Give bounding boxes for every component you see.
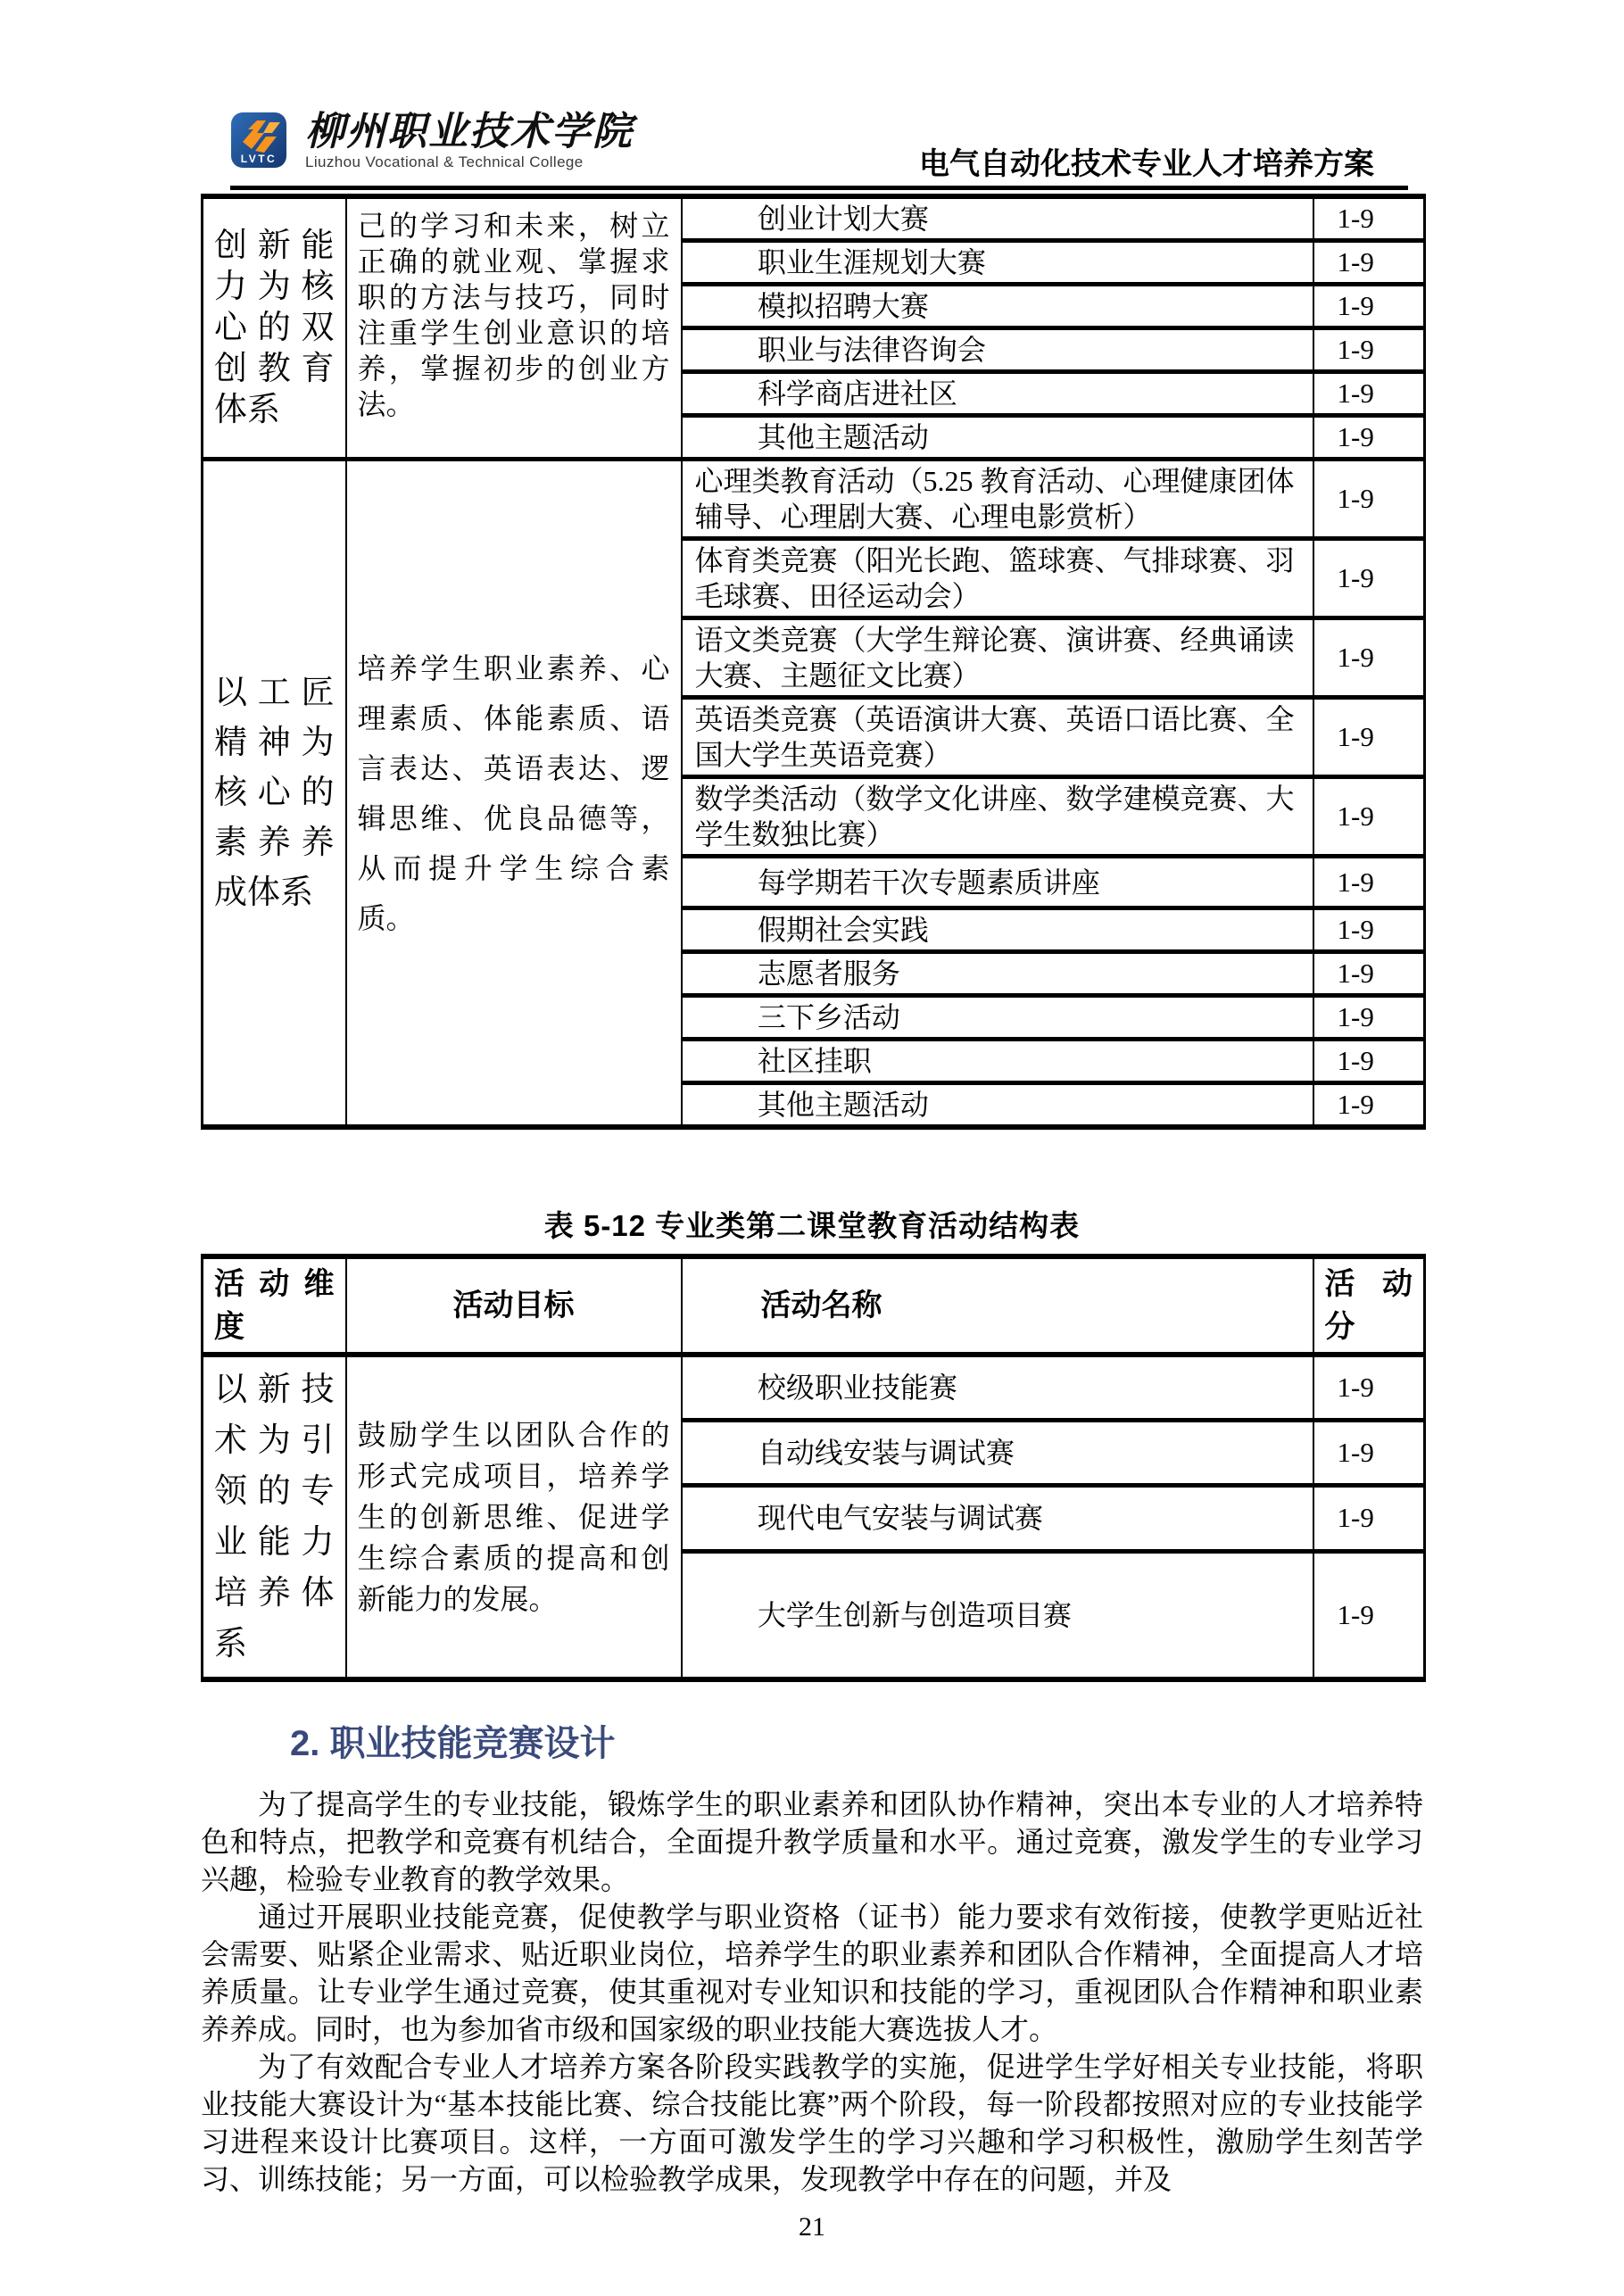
college-names: 柳州职业技术学院 Liuzhou Vocational & Technical … [305,112,634,171]
activity-name-cell: 志愿者服务 [682,952,1313,996]
activity-name-cell: 三下乡活动 [682,996,1313,1040]
activity-score-cell: 1-9 [1313,996,1425,1040]
section-heading: 2. 职业技能竞赛设计 [290,1723,1423,1764]
second-classroom-activity-table: 创新能力为核心的双创教育体系 己的学习和未来，树立正确的就业观、掌握求职的方法与… [201,194,1426,1130]
college-brand: LVTC 柳州职业技术学院 Liuzhou Vocational & Techn… [230,112,634,171]
dimension-cell: 以工匠精神为核心的素养养成体系 [203,460,346,1128]
logo-abbr-text: LVTC [241,153,277,165]
activity-score-cell: 1-9 [1313,908,1425,952]
table-header-row: 活动维度 活动目标 活动名称 活动分 [203,1256,1425,1355]
activity-name-cell: 现代电气安装与调试赛 [682,1485,1313,1551]
activity-score-cell: 1-9 [1313,952,1425,996]
activity-name-cell: 英语类竞赛（英语演讲大赛、英语口语比赛、全国大学生英语竞赛） [682,698,1313,777]
activity-score-cell: 1-9 [1313,372,1425,416]
goal-cell: 己的学习和未来，树立正确的就业观、掌握求职的方法与技巧，同时注重学生创业意识的培… [346,196,682,460]
activity-score-cell: 1-9 [1313,1420,1425,1485]
activity-score-cell: 1-9 [1313,1485,1425,1551]
activity-name-cell: 其他主题活动 [682,1083,1313,1128]
college-name-en: Liuzhou Vocational & Technical College [305,153,634,171]
header-activity-dimension: 活动维度 [203,1256,346,1355]
table-row: 创新能力为核心的双创教育体系 己的学习和未来，树立正确的就业观、掌握求职的方法与… [203,196,1425,241]
table-row: 以工匠精神为核心的素养养成体系 培养学生职业素养、心理素质、体能素质、语言表达、… [203,460,1425,539]
goal-cell: 培养学生职业素养、心理素质、体能素质、语言表达、英语表达、逻辑思维、优良品德等，… [346,460,682,1128]
document-page: LVTC 柳州职业技术学院 Liuzhou Vocational & Techn… [0,0,1624,2296]
activity-name-cell: 每学期若干次专题素质讲座 [682,857,1313,908]
activity-score-cell: 1-9 [1313,698,1425,777]
activity-name-cell: 自动线安装与调试赛 [682,1420,1313,1485]
activity-name-cell: 创业计划大赛 [682,196,1313,241]
activity-name-cell: 体育类竞赛（阳光长跑、篮球赛、气排球赛、羽毛球赛、田径运动会） [682,539,1313,618]
activity-name-cell: 其他主题活动 [682,416,1313,460]
header-activity-goal: 活动目标 [346,1256,682,1355]
college-name-cn: 柳州职业技术学院 [305,112,634,153]
activity-score-cell: 1-9 [1313,460,1425,539]
activity-name-cell: 语文类竞赛（大学生辩论赛、演讲赛、经典诵读大赛、主题征文比赛） [682,618,1313,698]
page-number: 21 [201,2212,1423,2242]
activity-score-cell: 1-9 [1313,618,1425,698]
activity-name-cell: 大学生创新与创造项目赛 [682,1551,1313,1679]
major-second-classroom-activity-table: 活动维度 活动目标 活动名称 活动分 以新技术为引领的专业能力培养体系 鼓励学生… [201,1254,1426,1682]
activity-name-cell: 模拟招聘大赛 [682,285,1313,328]
activity-score-cell: 1-9 [1313,1083,1425,1128]
activity-score-cell: 1-9 [1313,777,1425,857]
activity-name-cell: 校级职业技能赛 [682,1355,1313,1420]
header-activity-name: 活动名称 [682,1256,1313,1355]
activity-score-cell: 1-9 [1313,328,1425,372]
page-header: LVTC 柳州职业技术学院 Liuzhou Vocational & Techn… [201,112,1423,171]
activity-score-cell: 1-9 [1313,857,1425,908]
college-logo-icon: LVTC [230,112,287,169]
paragraph: 通过开展职业技能竞赛，促使教学与职业资格（证书）能力要求有效衔接，使教学更贴近社… [201,1898,1423,2048]
activity-score-cell: 1-9 [1313,241,1425,285]
dimension-cell: 创新能力为核心的双创教育体系 [203,196,346,460]
activity-name-cell: 数学类活动（数学文化讲座、数学建模竞赛、大学生数独比赛） [682,777,1313,857]
activity-name-cell: 心理类教育活动（5.25 教育活动、心理健康团体辅导、心理剧大赛、心理电影赏析） [682,460,1313,539]
activity-score-cell: 1-9 [1313,285,1425,328]
activity-score-cell: 1-9 [1313,1355,1425,1420]
table-row: 以新技术为引领的专业能力培养体系 鼓励学生以团队合作的形式完成项目，培养学生的创… [203,1355,1425,1420]
activity-score-cell: 1-9 [1313,539,1425,618]
activity-name-cell: 社区挂职 [682,1040,1313,1083]
activity-name-cell: 假期社会实践 [682,908,1313,952]
header-activity-score: 活动分 [1313,1256,1425,1355]
activity-score-cell: 1-9 [1313,1551,1425,1679]
activity-name-cell: 科学商店进社区 [682,372,1313,416]
dimension-cell: 以新技术为引领的专业能力培养体系 [203,1355,346,1679]
table-caption: 表 5-12 专业类第二课堂教育活动结构表 [201,1203,1423,1245]
document-title: 电气自动化技术专业人才培养方案 [919,139,1374,183]
activity-score-cell: 1-9 [1313,416,1425,460]
paragraph: 为了提高学生的专业技能，锻炼学生的职业素养和团队协作精神，突出本专业的人才培养特… [201,1786,1423,1898]
activity-score-cell: 1-9 [1313,1040,1425,1083]
activity-score-cell: 1-9 [1313,196,1425,241]
activity-name-cell: 职业生涯规划大赛 [682,241,1313,285]
header-rule [230,186,1408,190]
goal-cell: 鼓励学生以团队合作的形式完成项目，培养学生的创新思维、促进学生综合素质的提高和创… [346,1355,682,1679]
paragraph: 为了有效配合专业人才培养方案各阶段实践教学的实施，促进学生学好相关专业技能，将职… [201,2048,1423,2198]
activity-name-cell: 职业与法律咨询会 [682,328,1313,372]
